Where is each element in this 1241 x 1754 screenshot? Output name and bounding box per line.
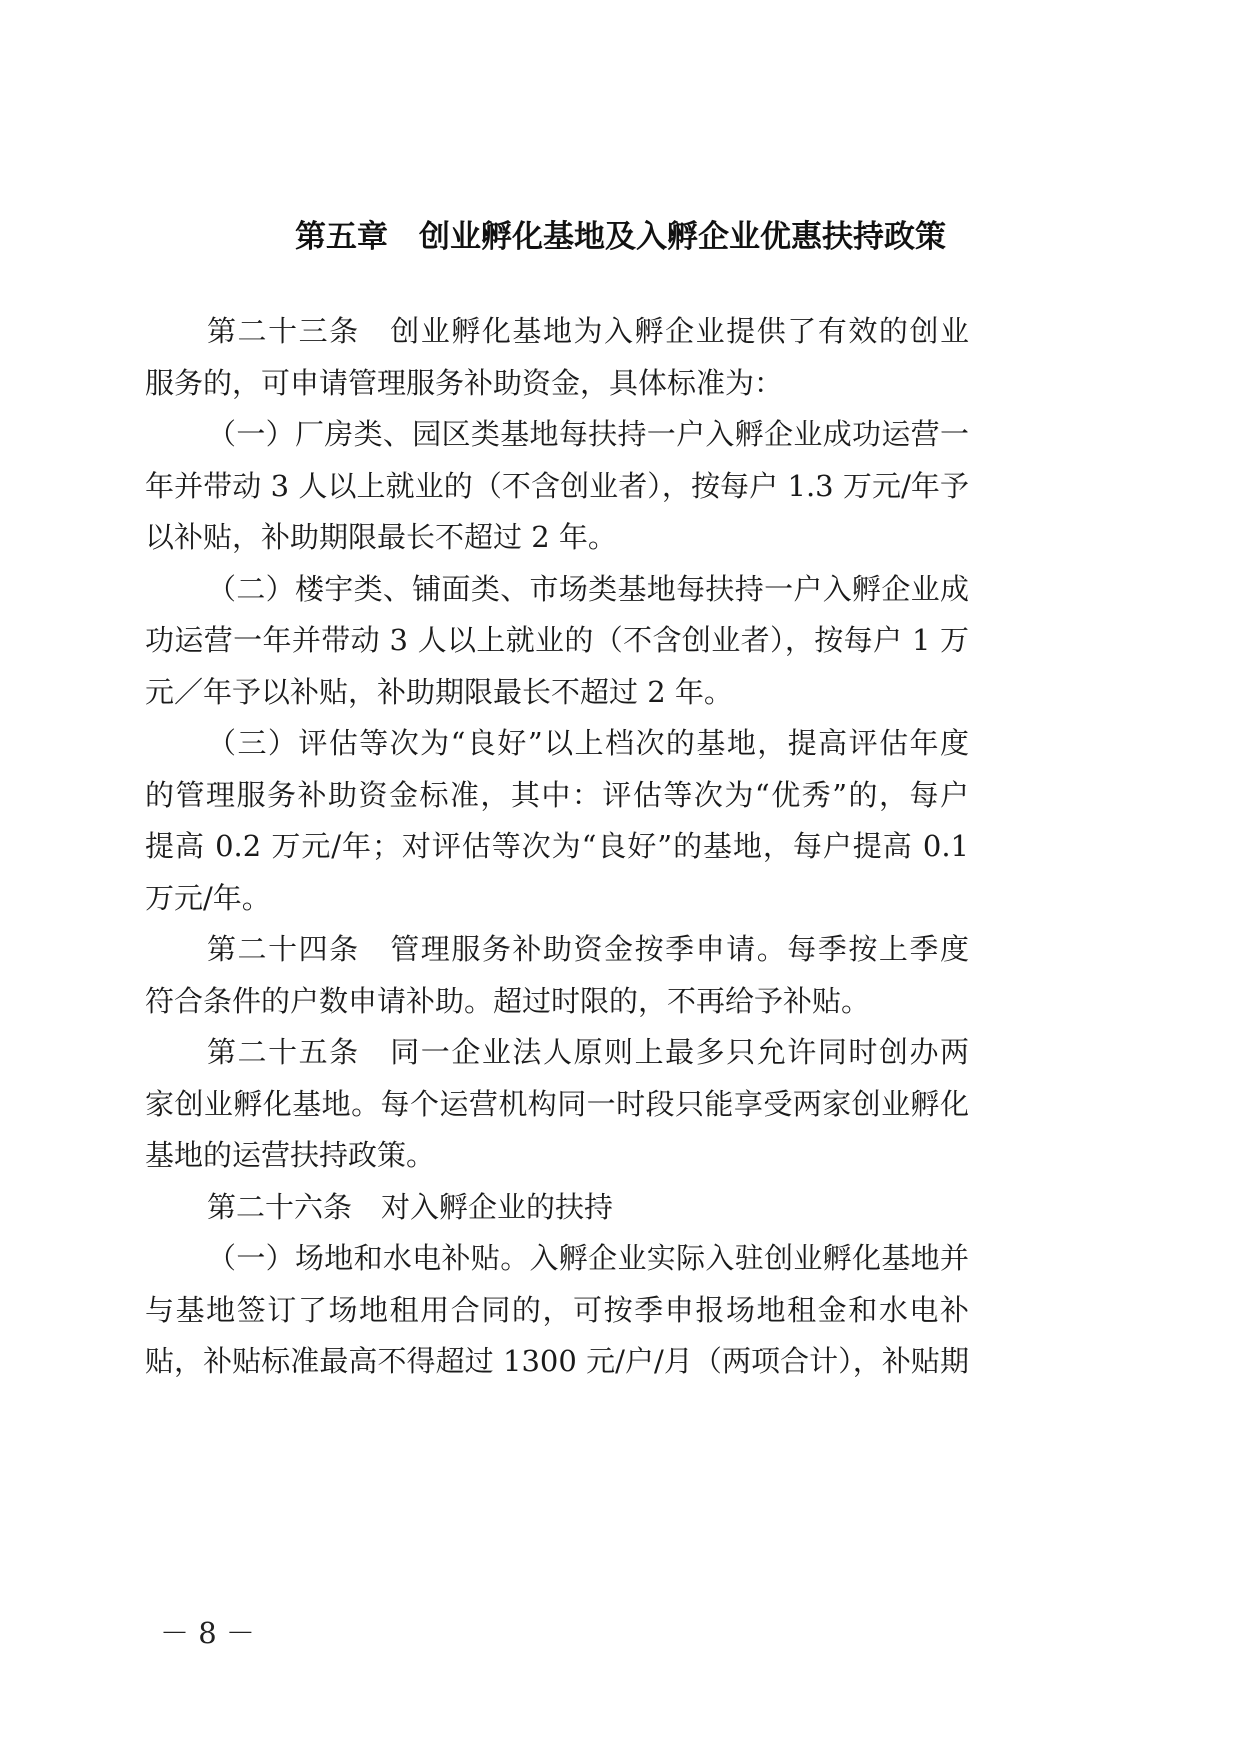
paragraph-line: 功运营一年并带动 3 人以上就业的（不含创业者），按每户 1 万 — [145, 620, 969, 660]
paragraph-line: 以补贴，补助期限最长不超过 2 年。 — [145, 517, 969, 557]
chapter-title: 第五章 创业孵化基地及入孵企业优惠扶持政策 — [0, 211, 1241, 256]
paragraph-line: 提高 0.2 万元/年；对评估等次为“良好”的基地，每户提高 0.1 — [145, 826, 969, 866]
paragraph-line: 第二十三条 创业孵化基地为入孵企业提供了有效的创业 — [207, 311, 969, 351]
paragraph-line: （一）场地和水电补贴。入孵企业实际入驻创业孵化基地并 — [207, 1238, 969, 1278]
paragraph-line: （一）厂房类、园区类基地每扶持一户入孵企业成功运营一 — [207, 414, 969, 454]
paragraph-line: 家创业孵化基地。每个运营机构同一时段只能享受两家创业孵化 — [145, 1084, 969, 1124]
paragraph-line: 第二十五条 同一企业法人原则上最多只允许同时创办两 — [207, 1032, 969, 1072]
paragraph-line: 与基地签订了场地租用合同的，可按季申报场地租金和水电补 — [145, 1290, 969, 1330]
paragraph-line: 的管理服务补助资金标准，其中：评估等次为“优秀”的，每户 — [145, 775, 969, 815]
document-page: 第五章 创业孵化基地及入孵企业优惠扶持政策 第二十三条 创业孵化基地为入孵企业提… — [0, 0, 1241, 1754]
paragraph-line: 符合条件的户数申请补助。超过时限的，不再给予补贴。 — [145, 981, 969, 1021]
paragraph-line: 元／年予以补贴，补助期限最长不超过 2 年。 — [145, 672, 969, 712]
paragraph-line: 第二十四条 管理服务补助资金按季申请。每季按上季度 — [207, 929, 969, 969]
paragraph-line: （二）楼宇类、铺面类、市场类基地每扶持一户入孵企业成 — [207, 569, 969, 609]
paragraph-line: 贴，补贴标准最高不得超过 1300 元/户/月（两项合计），补贴期 — [145, 1341, 969, 1381]
paragraph-line: 年并带动 3 人以上就业的（不含创业者），按每户 1.3 万元/年予 — [145, 466, 969, 506]
paragraph-line: 基地的运营扶持政策。 — [145, 1135, 969, 1175]
paragraph-line: 第二十六条 对入孵企业的扶持 — [207, 1187, 969, 1227]
page-number: － 8 － — [160, 1611, 255, 1652]
paragraph-line: 万元/年。 — [145, 878, 969, 918]
paragraph-line: 服务的，可申请管理服务补助资金，具体标准为： — [145, 363, 969, 403]
paragraph-line: （三）评估等次为“良好”以上档次的基地，提高评估年度 — [207, 723, 969, 763]
